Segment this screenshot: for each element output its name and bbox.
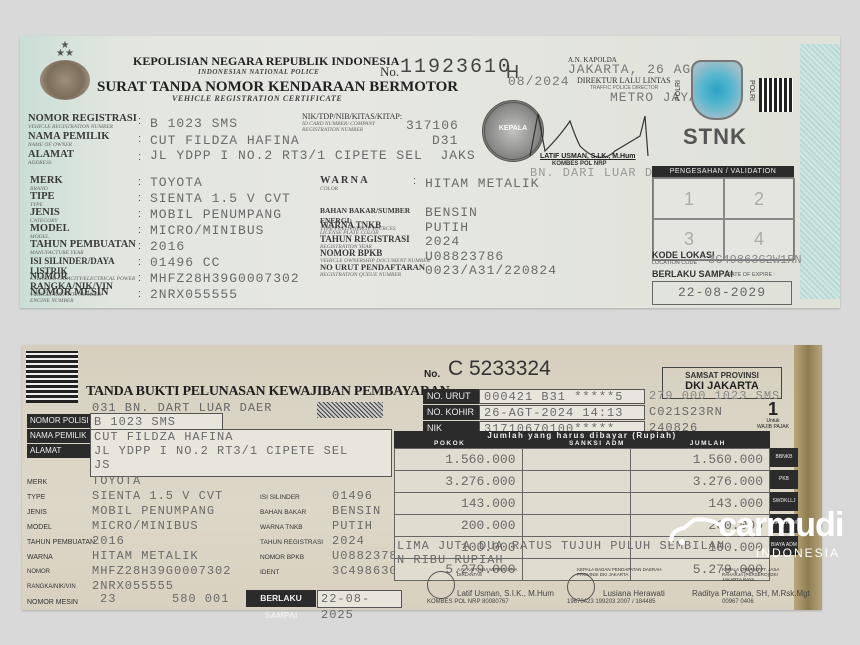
label-jenis: JENISCategory (30, 208, 140, 224)
watermark-brand: carmudi (718, 506, 843, 545)
label-nomor-polisi: NOMOR POLISI (27, 414, 90, 428)
payment-sanksi (522, 471, 631, 493)
label-nomor-mesin: NOMOR MESINEngine number (30, 288, 140, 304)
label-warna-tnkb: WARNA TNKBLicense plate color (320, 220, 430, 234)
place-date: JAKARTA, 26 AG (568, 62, 691, 77)
alamat-value-2: JS (91, 458, 391, 472)
field-owner: NAMA PEMILIK Name of owner (28, 132, 109, 148)
model-value: MICRO/MINIBUS (92, 519, 231, 534)
qr-code-icon (759, 78, 793, 112)
colons-left: :::::::: (138, 174, 141, 302)
stamp-icon (427, 571, 455, 599)
agency-name: KEPOLISIAN NEGARA REPUBLIK INDONESIA (133, 54, 399, 69)
location-code-value: 3C49863G2W1RN (708, 253, 802, 267)
car-logo-icon (668, 516, 724, 546)
vehicle-labels-right: BAHAN BAKAR/SUMBER ENERGI:Type fuel/ener… (320, 206, 430, 276)
tape-strip (794, 345, 822, 610)
validation-cell-1: 1 (653, 178, 725, 220)
receipt-number: C 5233324 (448, 357, 551, 381)
label-alamat: ALAMAT (27, 444, 90, 458)
registration-number-value: B 1023 SMS (150, 116, 238, 131)
model-value: MICRO/MINIBUS (150, 223, 300, 239)
payment-jumlah: 1.560.000 (631, 449, 770, 471)
payment-columns: POKOK SANKSI ADM JUMLAH (394, 440, 770, 448)
nomor-rangka-value: MHFZ28H39G0007302 (150, 271, 300, 287)
field-registration: NOMOR REGISTRASI Vehicle registration nu… (28, 114, 137, 130)
label-isi-silinder: ISI SILINDER/DAYA LISTRIKCylinder capaci… (30, 256, 140, 272)
payment-sanksi (522, 493, 631, 515)
label-tahun-pembuatan: TAHUN PEMBUATANManufacture year (30, 240, 140, 256)
label-nama-pemilik: NAMA PEMILIK (27, 429, 90, 443)
nomor-rangka-value: MHFZ28H39G0007302 (92, 564, 231, 579)
document-title-en: VEHICLE REGISTRATION CERTIFICATE (172, 94, 342, 103)
nomor-mesin-value: 2NRX055555 (150, 287, 300, 303)
colons: ::: (138, 112, 141, 166)
owner-name-value: CUT FILDZA HAFINA (150, 133, 300, 148)
payment-sanksi (522, 449, 631, 471)
stnk-hologram-icon: POLRI POLRI STNK (675, 56, 755, 156)
nik-value-2: D31 (432, 133, 458, 148)
payment-code-label: PKB (770, 470, 798, 489)
jenis-value: MOBIL PENUMPANG (150, 207, 300, 223)
certificate-number: 11923610 (400, 56, 512, 79)
warna-value: HITAM METALIK (425, 176, 539, 191)
receipt-title: TANDA BUKTI PELUNASAN KEWAJIBAN PEMBAYAR… (86, 384, 449, 400)
nik-field: NIK/TDP/NIB/KITAS/KITAP: ID card number/… (302, 112, 412, 133)
payment-pokok: 3.276.000 (395, 471, 523, 493)
payment-pokok: 1.560.000 (395, 449, 523, 471)
validation-header: PENGESAHAN / VALIDATION (652, 166, 794, 177)
label-no-urut: NO URUT PENDAFTARANRegistration queue nu… (320, 262, 430, 276)
expiry-sub: DATE OF EXPIRE : (727, 272, 775, 278)
validation-box: PENGESAHAN / VALIDATION 1 2 3 4 (652, 166, 794, 261)
validation-cell-2: 2 (723, 178, 795, 220)
redacted-barcode (317, 402, 383, 418)
issue-note: BN. DARI LUAR D (530, 166, 653, 180)
label-model: MODELModel (30, 224, 140, 240)
row-no-kohir: NO. KOHIR 26-AGT-2024 14:13 C021S23RN (423, 405, 780, 420)
tipe-value: SIENTA 1.5 V CVT (150, 191, 300, 207)
nama-pemilik-value: CUT FILDZA HAFINA (91, 430, 391, 444)
label-merk: MERKBrand (30, 176, 140, 192)
isi-silinder-value: 01496 CC (150, 255, 300, 271)
nik-value: 317106 (406, 118, 459, 133)
warna-value: HITAM METALIK (92, 549, 231, 564)
certificate-no-label: No. (380, 64, 399, 80)
address-value: JL YDPP I NO.2 RT3/1 CIPETE SEL JAKS (150, 148, 476, 163)
amount-in-words-line2: N RIBU RUPIAH (397, 553, 504, 567)
office-label: DIREKTUR LALU LINTAS (577, 76, 671, 85)
label-warna: WARNA Color (320, 176, 370, 192)
date-line: 08/2024 (508, 74, 570, 89)
tahun-pembuatan-value: 2016 (150, 239, 300, 255)
payment-pokok: 200.000 (395, 515, 523, 537)
merk-value: TOYOTA (150, 175, 300, 191)
type-value: SIENTA 1.5 V CVT (92, 489, 231, 504)
payment-code-label: BBNKB (770, 448, 798, 467)
alamat-value: JL YDPP I NO.2 RT3/1 CIPETE SEL (91, 444, 391, 458)
label-tahun-registrasi: TAHUN REGISTRASIRegistration year (320, 234, 430, 248)
jenis-value: MOBIL PENUMPANG (92, 504, 231, 519)
vehicle-labels: MERKBrand TIPEType JENISCategory MODELMo… (30, 176, 140, 304)
location-code-label: KODE LOKASI (652, 250, 715, 260)
label-nomor-bpkb: NOMOR BPKBVehicle ownership document num… (320, 248, 430, 262)
tahun-pembuatan-value: 2016 (92, 534, 231, 549)
label-tipe: TIPEType (30, 192, 140, 208)
tax-payment-receipt: TANDA BUKTI PELUNASAN KEWAJIBAN PEMBAYAR… (22, 345, 822, 610)
payment-row: 1.560.0001.560.000 (395, 449, 770, 471)
tahun-registrasi-value: 2024 (425, 235, 557, 250)
field-address: ALAMAT Address (28, 150, 74, 166)
warna-tnkb-value: PUTIH (425, 221, 557, 236)
payment-row: 3.276.0003.276.000 (395, 471, 770, 493)
no-urut-value: 0023/A31/220824 (425, 264, 557, 279)
police-emblem-icon: ★★★ (40, 42, 90, 100)
expiry-label: BERLAKU SAMPAI (652, 269, 733, 279)
receipt-vehicle-labels-right: ISI SILINDER BAHAN BAKAR WARNA TNKB TAHU… (260, 490, 330, 580)
expiry-label: BERLAKU SAMPAI (246, 590, 316, 607)
security-strip (800, 44, 840, 299)
agency-name-en: INDONESIAN NATIONAL POLICE (198, 68, 319, 76)
qr-code-icon (26, 351, 78, 403)
receipt-vehicle-labels: MERK TYPE JENIS MODEL TAHUN PEMBUATAN WA… (27, 475, 97, 610)
row-no-urut: NO. URUT 000421 B31 *****5 279 000 1023 … (423, 389, 780, 404)
payment-sanksi (522, 515, 631, 537)
payment-jumlah: 3.276.000 (631, 471, 770, 493)
label-bahan-bakar: BAHAN BAKAR/SUMBER ENERGI:Type fuel/ener… (320, 206, 430, 220)
owner-address-box: CUT FILDZA HAFINA JL YDPP I NO.2 RT3/1 C… (90, 429, 392, 477)
stamp-icon (567, 573, 595, 601)
merk-value: TOYOTA (92, 474, 231, 489)
bottom-code-b: 580 001 (172, 592, 229, 606)
expiry-value: 22-08-2025 (317, 590, 402, 608)
id-rows: NO. URUT 000421 B31 *****5 279 000 1023 … (423, 389, 780, 436)
bahan-bakar-value: BENSIN (425, 206, 557, 221)
payment-header: Jumlah yang harus dibayar (Rupiah) (394, 431, 770, 440)
watermark-region: INDONESIA (756, 546, 840, 560)
colon-warna: : (413, 175, 416, 187)
payment-pokok: 143.000 (395, 493, 523, 515)
receipt-vehicle-values: TOYOTA SIENTA 1.5 V CVT MOBIL PENUMPANG … (92, 474, 231, 594)
payment-row: 143.000143.000 (395, 493, 770, 515)
vehicle-values: TOYOTA SIENTA 1.5 V CVT MOBIL PENUMPANG … (150, 175, 300, 303)
receipt-no-label: No. (424, 369, 440, 380)
expiry-value: 22-08-2029 (652, 281, 792, 305)
vehicle-values-right: BENSIN PUTIH 2024 U08823786 0023/A31/220… (425, 206, 557, 279)
location-code-sub: LOCATION CODE (652, 260, 697, 266)
signatory-name: LATIF USMAN, S.I.K., M.Hum (540, 153, 636, 160)
bottom-code-a: 23 (100, 592, 116, 606)
stnk-certificate: ★★★ KEPOLISIAN NEGARA REPUBLIK INDONESIA… (20, 36, 840, 308)
nomor-bpkb-value: U08823786 (425, 250, 557, 265)
